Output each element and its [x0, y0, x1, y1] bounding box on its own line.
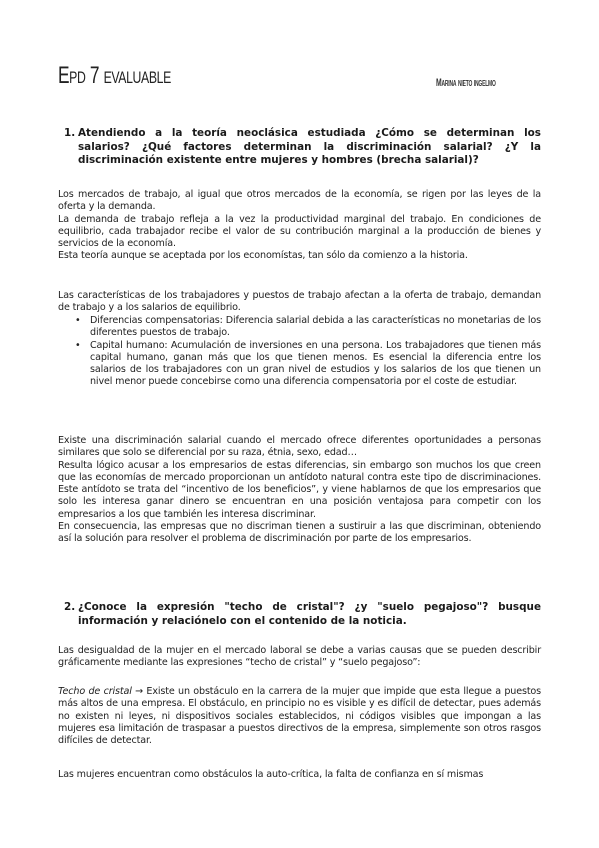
term-techo-de-cristal: Techo de cristal: [58, 686, 132, 697]
paragraph: Techo de cristal → Existe un obstáculo e…: [58, 686, 541, 747]
paragraph: Las características de los trabajadores …: [58, 290, 541, 315]
paragraph: Existe una discriminación salarial cuand…: [58, 435, 541, 460]
paragraph-techo-de-cristal: Techo de cristal → Existe un obstáculo e…: [58, 686, 541, 747]
question-number: 2.: [64, 601, 75, 615]
document-title: Epd 7 evaluable: [58, 62, 171, 90]
paragraph: Esta teoría aunque se aceptada por los e…: [58, 250, 541, 262]
paragraph-block-2: Las características de los trabajadores …: [58, 290, 541, 315]
bullet-list: • Diferencias compensatorias: Diferencia…: [58, 315, 541, 389]
list-item: • Diferencias compensatorias: Diferencia…: [58, 315, 541, 340]
paragraph: Las desigualdad de la mujer en el mercad…: [58, 645, 541, 670]
list-item: • Capital humano: Acumulación de inversi…: [58, 340, 541, 389]
list-item-text: Capital humano: Acumulación de inversion…: [90, 340, 541, 388]
paragraph: Las mujeres encuentran como obstáculos l…: [58, 769, 541, 781]
paragraph: Resulta lógico acusar a los empresarios …: [58, 460, 541, 521]
paragraph: La demanda de trabajo refleja a la vez l…: [58, 214, 541, 251]
bullet-icon: •: [75, 315, 81, 327]
question-text: ¿Conoce la expresión "techo de cristal"?…: [78, 601, 541, 627]
paragraph: Los mercados de trabajo, al igual que ot…: [58, 189, 541, 214]
paragraph-last: Las mujeres encuentran como obstáculos l…: [58, 769, 541, 781]
paragraph-intro-2: Las desigualdad de la mujer en el mercad…: [58, 645, 541, 670]
paragraph-block-1: Los mercados de trabajo, al igual que ot…: [58, 189, 541, 263]
question-2: 2. ¿Conoce la expresión "techo de crista…: [78, 601, 541, 628]
question-number: 1.: [64, 127, 75, 141]
bullet-icon: •: [75, 340, 81, 352]
paragraph: En consecuencia, las empresas que no dis…: [58, 521, 541, 546]
document-page: Epd 7 evaluable Marina nieto ingelmo 1. …: [0, 0, 599, 848]
list-item-text: Diferencias compensatorias: Diferencia s…: [90, 315, 541, 338]
paragraph-block-3: Existe una discriminación salarial cuand…: [58, 435, 541, 546]
question-1: 1. Atendiendo a la teoría neoclásica est…: [78, 127, 541, 168]
author-name: Marina nieto ingelmo: [436, 77, 496, 89]
question-text: Atendiendo a la teoría neoclásica estudi…: [78, 127, 541, 166]
